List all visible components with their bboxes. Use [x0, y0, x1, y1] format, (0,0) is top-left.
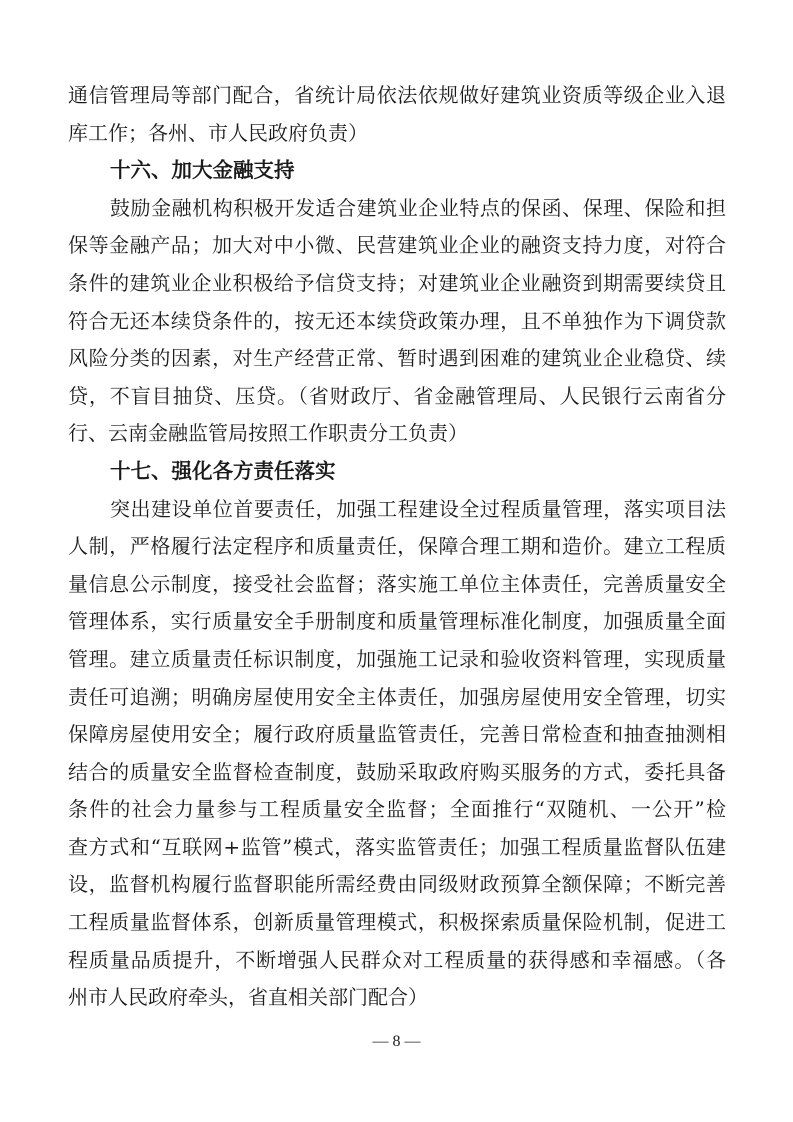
text-line: 设，监督机构履行监督职能所需经费由同级财政预算全额保障；不断完善 — [68, 866, 726, 904]
text-line: 州市人民政府牵头，省直相关部门配合） — [68, 979, 726, 1017]
text-line: 行、云南金融监管局按照工作职责分工负责） — [68, 415, 726, 453]
text-line: 符合无还本续贷条件的，按无还本续贷政策办理，且不单独作为下调贷款 — [68, 303, 726, 341]
paragraph-financial-support: 鼓励金融机构积极开发适合建筑业企业特点的保函、保理、保险和担 保等金融产品；加大… — [68, 190, 726, 453]
paragraph-continuation: 通信管理局等部门配合，省统计局依法依规做好建筑业资质等级企业入退 库工作；各州、… — [68, 77, 726, 152]
text-line: 贷，不盲目抽贷、压贷。（省财政厅、省金融管理局、人民银行云南省分 — [68, 378, 726, 416]
text-line: 管理。建立质量责任标识制度，加强施工记录和验收资料管理，实现质量 — [68, 641, 726, 679]
text-line: 量信息公示制度，接受社会监督；落实施工单位主体责任，完善质量安全 — [68, 566, 726, 604]
text-line: 突出建设单位首要责任，加强工程建设全过程质量管理，落实项目法 — [68, 491, 726, 529]
text-line: 通信管理局等部门配合，省统计局依法依规做好建筑业资质等级企业入退 — [68, 77, 726, 115]
page-content: 通信管理局等部门配合，省统计局依法依规做好建筑业资质等级企业入退 库工作；各州、… — [68, 77, 726, 1017]
text-line: 程质量品质提升，不断增强人民群众对工程质量的获得感和幸福感。（各 — [68, 942, 726, 980]
text-line: 保等金融产品；加大对中小微、民营建筑业企业的融资支持力度，对符合 — [68, 227, 726, 265]
text-line: 条件的建筑业企业积极给予信贷支持；对建筑业企业融资到期需要续贷且 — [68, 265, 726, 303]
section-heading-16: 十六、加大金融支持 — [68, 152, 726, 190]
text-line: 保障房屋使用安全；履行政府质量监管责任，完善日常检查和抽查抽测相 — [68, 716, 726, 754]
paragraph-responsibility: 突出建设单位首要责任，加强工程建设全过程质量管理，落实项目法 人制，严格履行法定… — [68, 491, 726, 1017]
text-line: 条件的社会力量参与工程质量安全监督；全面推行“双随机、一公开”检 — [68, 791, 726, 829]
page-number: — 8 — — [0, 1033, 793, 1051]
text-line: 结合的质量安全监督检查制度，鼓励采取政府购买服务的方式，委托具备 — [68, 754, 726, 792]
section-heading-17: 十七、强化各方责任落实 — [68, 453, 726, 491]
text-line: 库工作；各州、市人民政府负责） — [68, 115, 726, 153]
text-line: 人制，严格履行法定程序和质量责任，保障合理工期和造价。建立工程质 — [68, 528, 726, 566]
document-page: 通信管理局等部门配合，省统计局依法依规做好建筑业资质等级企业入退 库工作；各州、… — [0, 0, 793, 1122]
text-line: 查方式和“互联网+监管”模式，落实监管责任；加强工程质量监督队伍建 — [68, 829, 726, 867]
text-line: 风险分类的因素，对生产经营正常、暂时遇到困难的建筑业企业稳贷、续 — [68, 340, 726, 378]
text-line: 工程质量监督体系，创新质量管理模式，积极探索质量保险机制，促进工 — [68, 904, 726, 942]
text-line: 鼓励金融机构积极开发适合建筑业企业特点的保函、保理、保险和担 — [68, 190, 726, 228]
text-line: 管理体系，实行质量安全手册制度和质量管理标准化制度，加强质量全面 — [68, 603, 726, 641]
text-line: 责任可追溯；明确房屋使用安全主体责任，加强房屋使用安全管理，切实 — [68, 679, 726, 717]
